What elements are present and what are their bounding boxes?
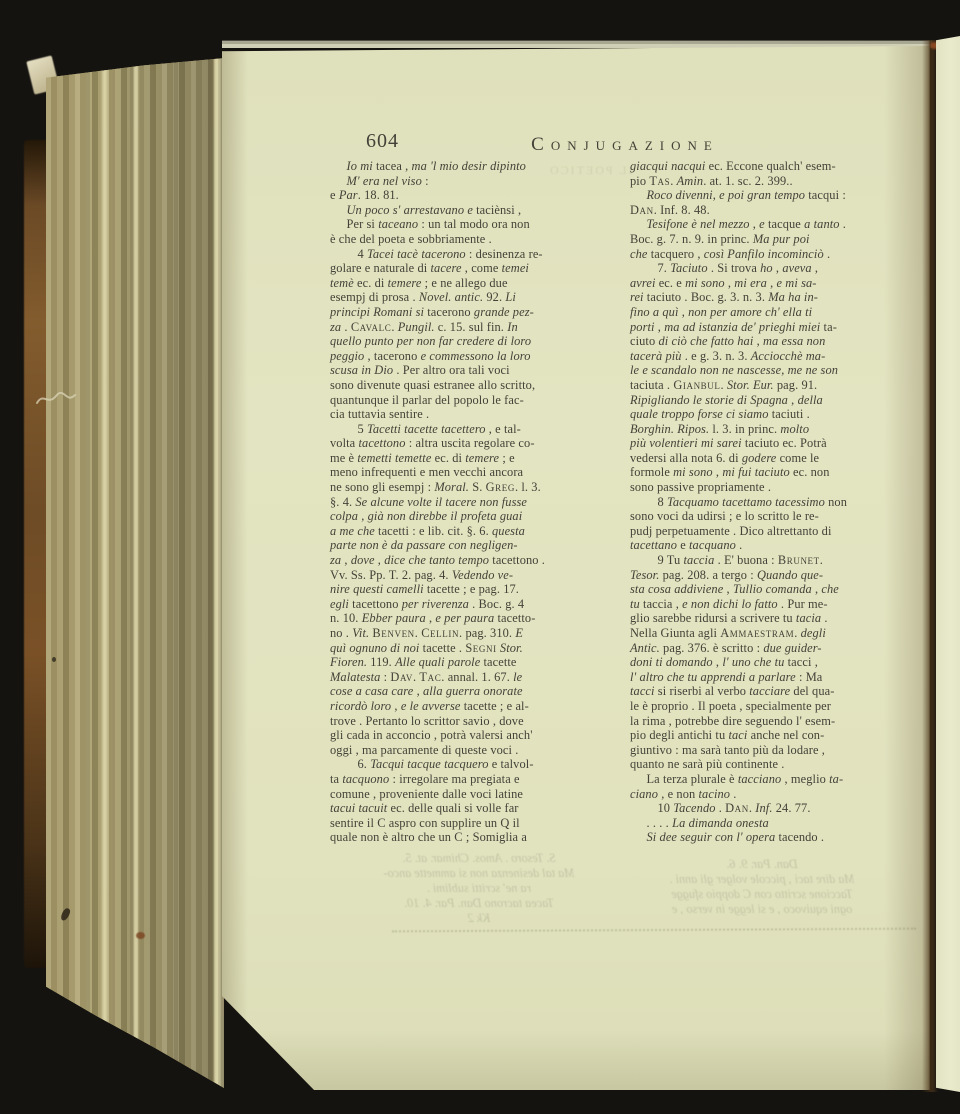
text-line: ne sono gli esempj : Moral. S. Greg. l. …	[330, 480, 618, 495]
text-line: principi Romani si tacerono grande pez-	[330, 305, 618, 320]
text-line: che tacquero , così Panfilo incominciò .	[630, 247, 912, 262]
text-line: peggio , tacerono e commessono la loro	[330, 349, 618, 364]
text-line: Dan. Par. 9. 6.	[612, 857, 912, 872]
text-line: porti , ma ad istanzia de' prieghi miei …	[630, 320, 912, 335]
text-line: sono voci da udirsi ; e lo scritto le re…	[630, 509, 912, 524]
text-line: 10 Tacendo . Dan. Inf. 24. 77.	[630, 801, 912, 816]
text-line: pudj perpetuamente . Dico altrettanto di	[630, 524, 912, 539]
text-line: le e scandalo non ne nascesse, me ne son	[630, 363, 912, 378]
text-line: tu taccia , e non dichi lo fatto . Pur m…	[630, 597, 912, 612]
text-line: sentire il C aspro con supplire un Q il	[330, 816, 618, 831]
text-line: a me che tacetti : e lib. cit. §. 6. que…	[330, 524, 618, 539]
text-line: ricordò loro , e le avverse tacette ; e …	[330, 699, 618, 714]
bleedthrough-text: Dan. Par. 9. 6.Ma dire taci , piccole vo…	[612, 857, 912, 917]
text-line: Kk 2	[336, 911, 622, 926]
text-line: Vv. Ss. Pp. T. 2. pag. 4. Vedendo ve-	[330, 568, 618, 583]
text-line: ciuto di ciò che fatto hai , ma essa non	[630, 334, 912, 349]
text-line: §. 4. Se alcune volte il tacere non fuss…	[330, 495, 618, 510]
bleedthrough-ghost: IL POETICO	[548, 163, 633, 178]
text-line: gli cada in acconcio , potrà valersi anc…	[330, 728, 618, 743]
text-line: 4 Tacei tacè tacerono : desinenza re-	[330, 247, 618, 262]
text-line: Per si taceano : un tal modo ora non	[330, 217, 618, 232]
text-line: oggi , ma parcamente di queste voci .	[330, 743, 618, 758]
text-line: Tesifone è nel mezzo , e tacque a tanto …	[630, 217, 912, 232]
text-column-right: giacqui nacqui ec. Eccone qualch' esem-p…	[630, 159, 912, 845]
text-line: tacerà più . e g. 3. n. 3. Acciocchè ma-	[630, 349, 912, 364]
text-line: golare e naturale di tacere , come temei	[330, 261, 618, 276]
text-line: quale non è altro che un C ; Somiglia a	[330, 830, 618, 845]
text-line: giuntivo : ma sarà tanto più da lodare ,	[630, 743, 912, 758]
page-number: 604	[366, 130, 399, 153]
text-line: volta tacettono : altra uscita regolare …	[330, 436, 618, 451]
text-line: quanto ne sarà più continente .	[630, 757, 912, 772]
text-line: esempj di prosa . Novel. antic. 92. Li	[330, 290, 618, 305]
text-line: Tesor. pag. 208. a tergo : Quando que-	[630, 568, 912, 583]
text-line: 9 Tu taccia . E' buona : Brunet.	[630, 553, 912, 568]
text-line: 5 Tacetti tacette tacettero , e tal-	[330, 422, 618, 437]
text-line: tacettano e tacquano .	[630, 538, 912, 553]
text-line: tacci si riserbi al verbo tacciare del q…	[630, 684, 912, 699]
text-column-left: Io mi tacea , ma 'l mio desir dipintoM' …	[330, 159, 618, 845]
text-line: La terza plurale è tacciano , meglio ta-	[630, 772, 912, 787]
text-line: za , dove , dice che tanto tempo tacetto…	[330, 553, 618, 568]
text-line: Ma dire taci , piccole volger gli anni .	[612, 872, 912, 887]
text-line: . . . . La dimanda onesta	[630, 816, 912, 831]
text-line: doni ti domando , l' uno che tu tacci ,	[630, 655, 912, 670]
text-line: avrei ec. e mi sono , mi era , e mi sa-	[630, 276, 912, 291]
text-line: n. 10. Ebber paura , e per paura tacetto…	[330, 611, 618, 626]
text-line: me è temetti temette ec. di temere ; e	[330, 451, 618, 466]
text-line: cia tuttavia sentire .	[330, 407, 618, 422]
text-line: ta tacquono : irregolare ma pregiata e	[330, 772, 618, 787]
text-line: Boc. g. 7. n. 9. in princ. Ma pur poi	[630, 232, 912, 247]
text-line: Dan. Inf. 8. 48.	[630, 203, 912, 218]
bleedthrough-text: S. Tesoro . Amos. Chimar. at. 5.Ma tal d…	[336, 851, 622, 926]
text-line: più volentieri mi sarei taciuto ec. Potr…	[630, 436, 912, 451]
text-line: S. Tesoro . Amos. Chimar. at. 5.	[336, 851, 622, 866]
text-line: 7. Taciuto . Si trova ho , aveva ,	[630, 261, 912, 276]
text-line: Roco divenni, e poi gran tempo tacqui :	[630, 188, 912, 203]
text-line: meno infrequenti e men vecchi ancora	[330, 465, 618, 480]
text-line: za . Cavalc. Pungil. c. 15. sul fin. In	[330, 320, 618, 335]
text-line: 6. Tacqui tacque tacquero e talvol-	[330, 757, 618, 772]
text-line: temè ec. di temere ; e ne allego due	[330, 276, 618, 291]
text-line: sono passive propriamente .	[630, 480, 912, 495]
text-line: vedersi alla nota 6. di godere come le	[630, 451, 912, 466]
text-line: 8 Tacquamo tacettamo tacessimo non	[630, 495, 912, 510]
text-line: Nella Giunta agli Ammaestram. degli	[630, 626, 912, 641]
printed-content: 604 Conjugazione Io mi tacea , ma 'l mio…	[0, 0, 960, 1114]
text-line: ciano , e non tacino .	[630, 787, 912, 802]
text-line: Ma tal desinenza non si ammette anco-	[336, 866, 622, 881]
text-line: giacqui nacqui ec. Eccone qualch' esem-	[630, 159, 912, 174]
text-line: rei taciuto . Boc. g. 3. n. 3. Ma ha in-	[630, 290, 912, 305]
text-line: Borghin. Ripos. l. 3. in princ. molto	[630, 422, 912, 437]
text-line: e Par. 18. 81.	[330, 188, 618, 203]
text-line: pio degli antichi tu taci anche nel con-	[630, 728, 912, 743]
text-line: comune , proveniente dalle voci latine	[330, 787, 618, 802]
text-line: la rima , potrebbe dire seguendo l' esem…	[630, 714, 912, 729]
photo-background: 604 Conjugazione Io mi tacea , ma 'l mio…	[0, 0, 960, 1114]
text-line: Un poco s' arrestavano e taciènsi ,	[330, 203, 618, 218]
text-line: ogni equivoco , e si legge in verso , e	[612, 902, 912, 917]
text-line: taciuta . Gianbul. Stor. Eur. pag. 91.	[630, 378, 912, 393]
text-line: parte non è da passare con negligen-	[330, 538, 618, 553]
bleedthrough-rule	[392, 928, 916, 933]
text-line: sta cosa addiviene , Tullio comanda , ch…	[630, 582, 912, 597]
text-line: glio sarebbe ridursi a scrivere tu tacia…	[630, 611, 912, 626]
text-line: Taccione scritto con C doppio sfugge	[612, 887, 912, 902]
text-line: l' altro che tu apprendi a parlare : Ma	[630, 670, 912, 685]
text-line: quello punto per non far credere di loro	[330, 334, 618, 349]
pencil-mark	[34, 386, 80, 416]
text-line: colpa , già non direbbe il profeta guai	[330, 509, 618, 524]
text-line: ra ne' scritti sublimi .	[336, 881, 622, 896]
text-line: Antic. pag. 376. è scritto : due guider-	[630, 641, 912, 656]
text-line: Ripigliando le storie di Spagna , della	[630, 393, 912, 408]
text-line: Si dee seguir con l' opera tacendo .	[630, 830, 912, 845]
text-line: Fioren. 119. Alle quali parole tacette	[330, 655, 618, 670]
text-line: formole mi sono , mi fui taciuto ec. non	[630, 465, 912, 480]
text-line: Malatesta : Dav. Tac. annal. 1. 67. le	[330, 670, 618, 685]
text-line: nire questi camelli tacette ; e pag. 17.	[330, 582, 618, 597]
text-line: egli tacettono per riverenza . Boc. g. 4	[330, 597, 618, 612]
text-line: trove . Pertanto lo scrittor savio , dov…	[330, 714, 618, 729]
text-line: quì ognuno di noi tacette . Segni Stor.	[330, 641, 618, 656]
text-line: le è proprio . Il poeta , specialmente p…	[630, 699, 912, 714]
text-line: sono divenute quasi estranee allo scritt…	[330, 378, 618, 393]
text-line: Tacea tacrono Dan. Par. 4. 10.	[336, 896, 622, 911]
rust-stain	[136, 932, 145, 939]
text-line: scusa in Dio . Per altro ora tali voci	[330, 363, 618, 378]
text-line: fino a quì , non per amore ch' ella ti	[630, 305, 912, 320]
text-line: tacui tacuit ec. delle quali si volle fa…	[330, 801, 618, 816]
text-line: quale troppo forse ci siamo taciuti .	[630, 407, 912, 422]
text-line: quantunque il parlar del popolo le fac-	[330, 393, 618, 408]
text-line: è che del poeta e sobbriamente .	[330, 232, 618, 247]
text-line: cose a casa care , alla guerra onorate	[330, 684, 618, 699]
ink-stain	[52, 657, 56, 662]
running-title: Conjugazione	[440, 134, 810, 156]
text-line: no . Vit. Benven. Cellin. pag. 310. E	[330, 626, 618, 641]
text-line: pio Tas. Amin. at. 1. sc. 2. 399..	[630, 174, 912, 189]
